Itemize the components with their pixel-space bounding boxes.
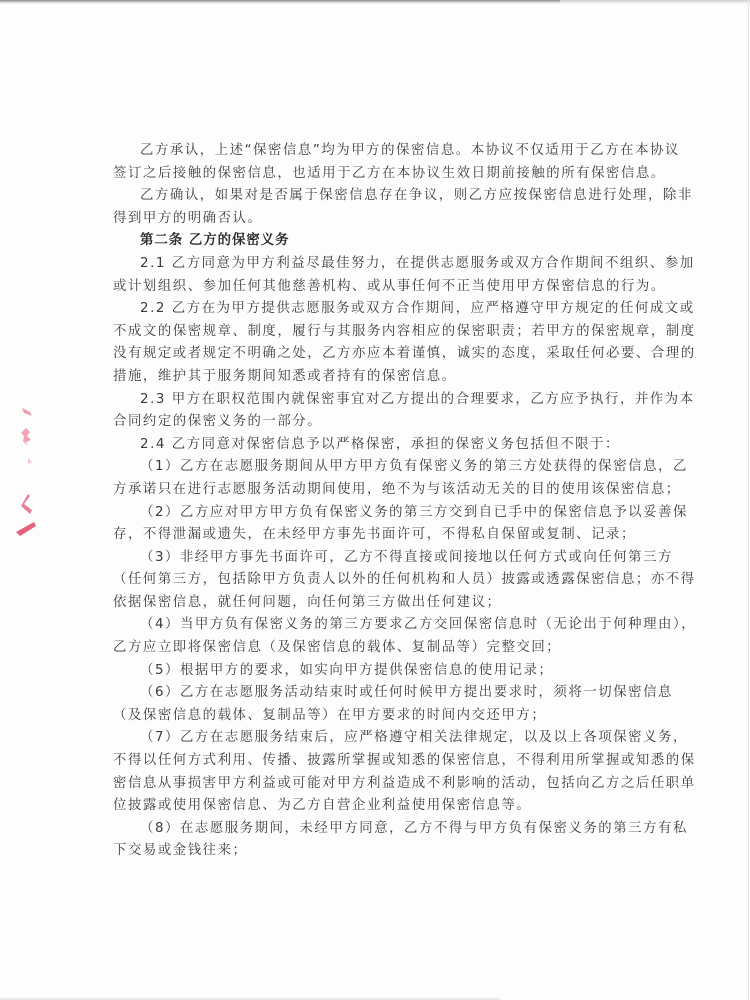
paragraph-line: 依据保密信息，就任何问题，向任何第三方做出任何建议；: [113, 592, 653, 615]
paragraph-line: 2.3 甲方在职权范围内就保密事宜对乙方提出的合理要求，乙方应予执行，并作为本: [113, 389, 653, 412]
document-body: 乙方承认，上述“保密信息”均为甲方的保密信息。本协议不仅适用于乙方在本协议 签订…: [113, 140, 653, 863]
paragraph-line: （1）乙方在志愿服务期间从甲方甲方负有保密义务的第三方处获得的保密信息，乙: [113, 456, 653, 479]
paragraph-line: 2.2 乙方在为甲方提供志愿服务或双方合作期间，应严格遵守甲方规定的任何成文或: [113, 298, 653, 321]
paragraph-line: （4）当甲方负有保密义务的第三方要求乙方交回保密信息时（无论出于何种理由），: [113, 614, 653, 637]
paragraph-line: （及保密信息的载体、复制品等）在甲方要求的时间内交还甲方；: [113, 705, 653, 728]
paragraph-line: 2.4 乙方同意对保密信息予以严格保密，承担的保密义务包括但不限于：: [113, 434, 653, 457]
paragraph-line: 2.1 乙方同意为甲方利益尽最佳努力，在提供志愿服务或双方合作期间不组织、参加: [113, 253, 653, 276]
red-seal-stamp-fragment: [8, 400, 36, 540]
paragraph-line: 乙方承认，上述“保密信息”均为甲方的保密信息。本协议不仅适用于乙方在本协议: [113, 140, 653, 163]
paragraph-line: 方承诺只在进行志愿服务活动期间使用，绝不为与该活动无关的目的使用该保密信息；: [113, 479, 653, 502]
paragraph-line: 密信息从事损害甲方利益或可能对甲方利益造成不利影响的活动，包括向乙方之后任职单: [113, 773, 653, 796]
paragraph-line: （7）乙方在志愿服务结束后，应严格遵守相关法律规定，以及以上各项保密义务，: [113, 727, 653, 750]
paragraph-line: 或计划组织、参加任何其他慈善机构、或从事任何不正当使用甲方保密信息的行为。: [113, 276, 653, 299]
scan-right-edge: [748, 0, 749, 1000]
paragraph-line: 得到甲方的明确否认。: [113, 208, 653, 231]
paragraph-line: 合同约定的保密义务的一部分。: [113, 411, 653, 434]
paragraph-line: 位披露或使用保密信息、为乙方自营企业利益使用保密信息等。: [113, 795, 653, 818]
paragraph-line: 不成文的保密规章、制度，履行与其服务内容相应的保密职责；若甲方的保密规章，制度: [113, 321, 653, 344]
paragraph-line: 下交易或金钱往来；: [113, 840, 653, 863]
paragraph-line: 不得以任何方式利用、传播、披露所掌握或知悉的保密信息，不得利用所掌握或知悉的保: [113, 750, 653, 773]
scan-top-edge-right: [560, 0, 750, 4]
section-heading: 第二条 乙方的保密义务: [113, 230, 653, 253]
paragraph-line: 没有规定或者规定不明确之处，乙方亦应本着谨慎，诚实的态度，采取任何必要、合理的: [113, 343, 653, 366]
paragraph-line: （8）在志愿服务期间，未经甲方同意，乙方不得与甲方负有保密义务的第三方有私: [113, 818, 653, 841]
paragraph-line: （任何第三方，包括除甲方负责人以外的任何机构和人员）披露或透露保密信息；亦不得: [113, 569, 653, 592]
paragraph-line: 存，不得泄漏或遗失，在未经甲方事先书面许可，不得私自保留或复制、记录；: [113, 524, 653, 547]
paragraph-line: 乙方应立即将保密信息（及保密信息的载体、复制品等）完整交回；: [113, 637, 653, 660]
paragraph-line: （2）乙方应对甲方甲方负有保密义务的第三方交到自已手中的保密信息予以妥善保: [113, 502, 653, 525]
paragraph-line: （6）乙方在志愿服务活动结束时或任何时候甲方提出要求时，须将一切保密信息: [113, 682, 653, 705]
paragraph-line: 签订之后接触的保密信息，也适用于乙方在本协议生效日期前接触的所有保密信息。: [113, 163, 653, 186]
paragraph-line: （3）非经甲方事先书面许可，乙方不得直接或间接地以任何方式或向任何第三方: [113, 547, 653, 570]
scanned-document-page: 乙方承认，上述“保密信息”均为甲方的保密信息。本协议不仅适用于乙方在本协议 签订…: [0, 0, 750, 1000]
paragraph-line: 措施，维护其于服务期间知悉或者持有的保密信息。: [113, 366, 653, 389]
paragraph-line: （5）根据甲方的要求，如实向甲方提供保密信息的使用记录；: [113, 660, 653, 683]
paragraph-line: 乙方确认，如果对是否属于保密信息存在争议，则乙方应按保密信息进行处理，除非: [113, 185, 653, 208]
